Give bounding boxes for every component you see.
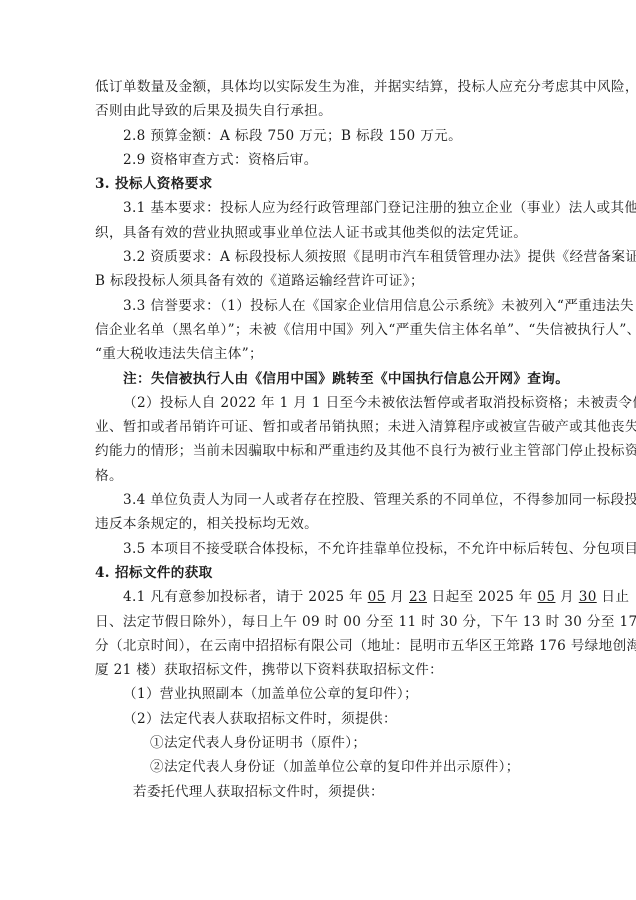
text-segment: 月 <box>555 589 578 605</box>
document-page: 低订单数量及金额，具体均以实际发生为准，并据实结算，投标人应充分考虑其中风险， … <box>95 75 547 804</box>
text-segment: 日止（法定公休 <box>597 589 636 605</box>
text-line: 厦 21 楼）获取招标文件，携带以下资料获取招标文件： <box>95 658 547 682</box>
text-line: 3.2 资质要求：A 标段投标人须按照《昆明市汽车租赁管理办法》提供《经营备案证… <box>95 245 547 269</box>
text-line: 3.4 单位负责人为同一人或者存在控股、管理关系的不同单位，不得参加同一标段投标… <box>95 488 547 512</box>
text-segment: 4.1 凡有意参加投标者，请于 2025 年 <box>123 589 368 605</box>
list-item: （2）法定代表人获取招标文件时，须提供： <box>95 707 547 731</box>
text-line: 若委托代理人获取招标文件时，须提供： <box>95 780 547 804</box>
end-day: 30 <box>579 589 597 605</box>
text-line: 日、法定节假日除外），每日上午 09 时 00 分至 11 时 30 分，下午 … <box>95 610 547 634</box>
text-line: 3.3 信誉要求：（1）投标人在《国家企业信用信息公示系统》未被列入“严重违法失 <box>95 294 547 318</box>
note-line: 注：失信被执行人由《信用中国》跳转至《中国执行信息公开网》查询。 <box>95 367 547 391</box>
text-line: （2）投标人自 2022 年 1 月 1 日至今未被依法暂停或者取消投标资格；未… <box>95 391 547 415</box>
text-line-4-1: 4.1 凡有意参加投标者，请于 2025 年 05 月 23 日起至 2025 … <box>95 585 547 609</box>
start-day: 23 <box>409 589 427 605</box>
text-line: B 标段投标人须具备有效的《道路运输经营许可证》； <box>95 269 547 293</box>
start-month: 05 <box>368 589 386 605</box>
section-heading-3: 3. 投标人资格要求 <box>95 172 547 196</box>
sub-list-item: ②法定代表人身份证（加盖单位公章的复印件并出示原件）； <box>95 755 547 779</box>
text-segment: 月 <box>386 589 409 605</box>
sub-list-item: ①法定代表人身份证明书（原件）； <box>95 731 547 755</box>
review-method-clause: 2.9 资格审查方式：资格后审。 <box>95 148 547 172</box>
end-month: 05 <box>537 589 555 605</box>
text-segment: 日起至 2025 年 <box>427 589 537 605</box>
text-line: 违反本条规定的，相关投标均无效。 <box>95 512 547 536</box>
text-line: 低订单数量及金额，具体均以实际发生为准，并据实结算，投标人应充分考虑其中风险， <box>95 75 547 99</box>
budget-clause: 2.8 预算金额：A 标段 750 万元；B 标段 150 万元。 <box>95 124 547 148</box>
text-line: 织，具备有效的营业执照或事业单位法人证书或其他类似的法定凭证。 <box>95 221 547 245</box>
text-line: 约能力的情形；当前未因骗取中标和严重违约及其他不良行为被行业主管部门停止投标资 <box>95 439 547 463</box>
text-line: 信企业名单（黑名单）”；未被《信用中国》列入“严重失信主体名单”、“失信被执行人… <box>95 318 547 342</box>
text-line: 3.5 本项目不接受联合体投标，不允许挂靠单位投标，不允许中标后转包、分包项目。 <box>95 537 547 561</box>
text-line: 否则由此导致的后果及损失自行承担。 <box>95 99 547 123</box>
text-line: 格。 <box>95 464 547 488</box>
text-line: “重大税收违法失信主体”； <box>95 342 547 366</box>
section-heading-4: 4. 招标文件的获取 <box>95 561 547 585</box>
text-line: 3.1 基本要求：投标人应为经行政管理部门登记注册的独立企业（事业）法人或其他组 <box>95 196 547 220</box>
text-line: 分（北京时间），在云南中招招标有限公司（地址：昆明市五华区王筇路 176 号绿地… <box>95 634 547 658</box>
list-item: （1）营业执照副本（加盖单位公章的复印件）； <box>95 682 547 706</box>
text-line: 业、暂扣或者吊销许可证、暂扣或者吊销执照；未进入清算程序或被宣告破产或其他丧失履 <box>95 415 547 439</box>
